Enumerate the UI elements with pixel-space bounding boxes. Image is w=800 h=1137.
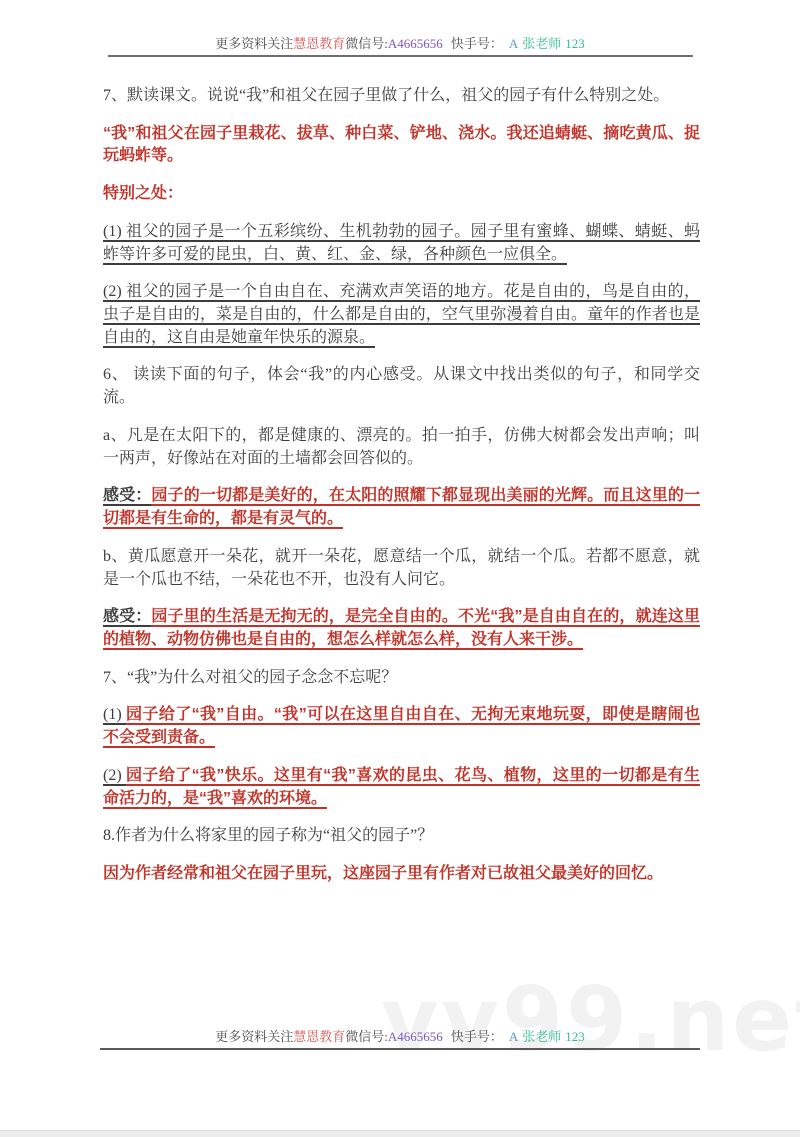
footer-banner-kuaishou-a: A [509, 1029, 518, 1044]
answer-activities: “我”和祖父在园子里栽花、拔草、种白菜、铲地、浇水。我还追蜻蜓、摘吃黄瓜、捉玩蚂… [103, 123, 700, 168]
answer-reason-1-number: (1) [103, 706, 126, 723]
banner-wechat-label: 微信号: [345, 36, 388, 51]
sentence-b: b、黄瓜愿意开一朵花，就开一朵花，愿意结一个瓜，就结一个瓜。若都不愿意，就是一个… [103, 546, 700, 591]
watermark-text: vv99.net [381, 968, 800, 1071]
document-content: 7、默读课文。说说“我”和祖父在园子里做了什么，祖父的园子有什么特别之处。 “我… [103, 85, 700, 886]
footer-banner-kuaishou-label: 快手号： [451, 1029, 503, 1044]
answer-reason-2: (2) 园子给了“我”快乐。这里有“我”喜欢的昆虫、花鸟、植物，这里的一切都是有… [103, 765, 700, 810]
feeling-b-label: 感受： [103, 608, 151, 625]
answer-reason-2-number: (2) [103, 767, 126, 784]
footer-banner-kuaishou-name: 张老师 [522, 1029, 561, 1044]
footer: 更多资料关注慧恩教育微信号:A4665656快手号：A张老师123 [0, 1026, 800, 1050]
feeling-a-text: 园子的一切都是美好的，在太阳的照耀下都显现出美丽的光辉。而且这里的一切都是有生命… [103, 487, 700, 527]
footer-banner-wechat-id: A4665656 [388, 1029, 443, 1044]
footer-banner-wechat-label: 微信号: [345, 1029, 388, 1044]
banner-kuaishou-name: 张老师 [522, 36, 561, 51]
footer-banner-brand: 慧恩教育 [293, 1029, 345, 1044]
document-page: { "page": { "watermark": "vv99.net", "co… [0, 0, 800, 1137]
banner-brand: 慧恩教育 [293, 36, 345, 51]
answer-reason-1: (1) 园子给了“我”自由。“我”可以在这里自由自在、无拘无束地玩耍，即使是瞎闹… [103, 704, 700, 749]
question-7-why-unforgettable: 7、“我”为什么对祖父的园子念念不忘呢？ [103, 667, 700, 690]
footer-banner-prefix: 更多资料关注 [215, 1029, 293, 1044]
footer-banner: 更多资料关注慧恩教育微信号:A4665656快手号：A张老师123 [0, 1026, 800, 1045]
banner-kuaishou-a: A [509, 36, 518, 51]
question-8-why-grandfathers-garden: 8.作者为什么将家里的园子称为“祖父的园子”？ [103, 825, 700, 848]
banner-wechat-id: A4665656 [388, 36, 443, 51]
feeling-a-label: 感受： [103, 487, 151, 504]
banner-kuaishou-num: 123 [565, 36, 585, 51]
banner-prefix: 更多资料关注 [215, 36, 293, 51]
header-banner: 更多资料关注慧恩教育微信号:A4665656快手号：A张老师123 [0, 0, 800, 52]
header-rule [108, 55, 693, 57]
answer-reason-2-text: 园子给了“我”快乐。这里有“我”喜欢的昆虫、花鸟、植物，这里的一切都是有生命活力… [103, 767, 700, 807]
answer-question-8: 因为作者经常和祖父在园子里玩，这座园子里有作者对已故祖父最美好的回忆。 [103, 863, 700, 886]
feeling-a: 感受：园子的一切都是美好的，在太阳的照耀下都显现出美丽的光辉。而且这里的一切都是… [103, 485, 700, 530]
feeling-b-text: 园子里的生活是无拘无的，是完全自由的。不光“我”是自由自在的，就连这里的植物、动… [103, 608, 700, 648]
footer-banner-kuaishou-num: 123 [565, 1029, 585, 1044]
page-bottom-edge [0, 1130, 800, 1137]
question-6-read-sentences: 6、 读读下面的句子，体会“我”的内心感受。从课文中找出类似的句子，和同学交流。 [103, 364, 700, 409]
answer-reason-1-text: 园子给了“我”自由。“我”可以在这里自由自在、无拘无束地玩耍，即使是瞎闹也不会受… [103, 706, 700, 746]
footer-rule [100, 1048, 700, 1050]
question-7-silent-reading: 7、默读课文。说说“我”和祖父在园子里做了什么，祖父的园子有什么特别之处。 [103, 85, 700, 108]
answer-special-point-2: (2) 祖父的园子是一个自由自在、充满欢声笑语的地方。花是自由的，鸟是自由的，虫… [103, 281, 700, 349]
label-special-features: 特别之处： [103, 183, 700, 206]
answer-special-point-1: (1) 祖父的园子是一个五彩缤纷、生机勃勃的园子。园子里有蜜蜂、蝴蝶、蜻蜓、蚂蚱… [103, 221, 700, 266]
feeling-b: 感受：园子里的生活是无拘无的，是完全自由的。不光“我”是自由自在的，就连这里的植… [103, 606, 700, 651]
sentence-a: a、凡是在太阳下的，都是健康的、漂亮的。拍一拍手，仿佛大树都会发出声响；叫一两声… [103, 425, 700, 470]
banner-kuaishou-label: 快手号： [451, 36, 503, 51]
